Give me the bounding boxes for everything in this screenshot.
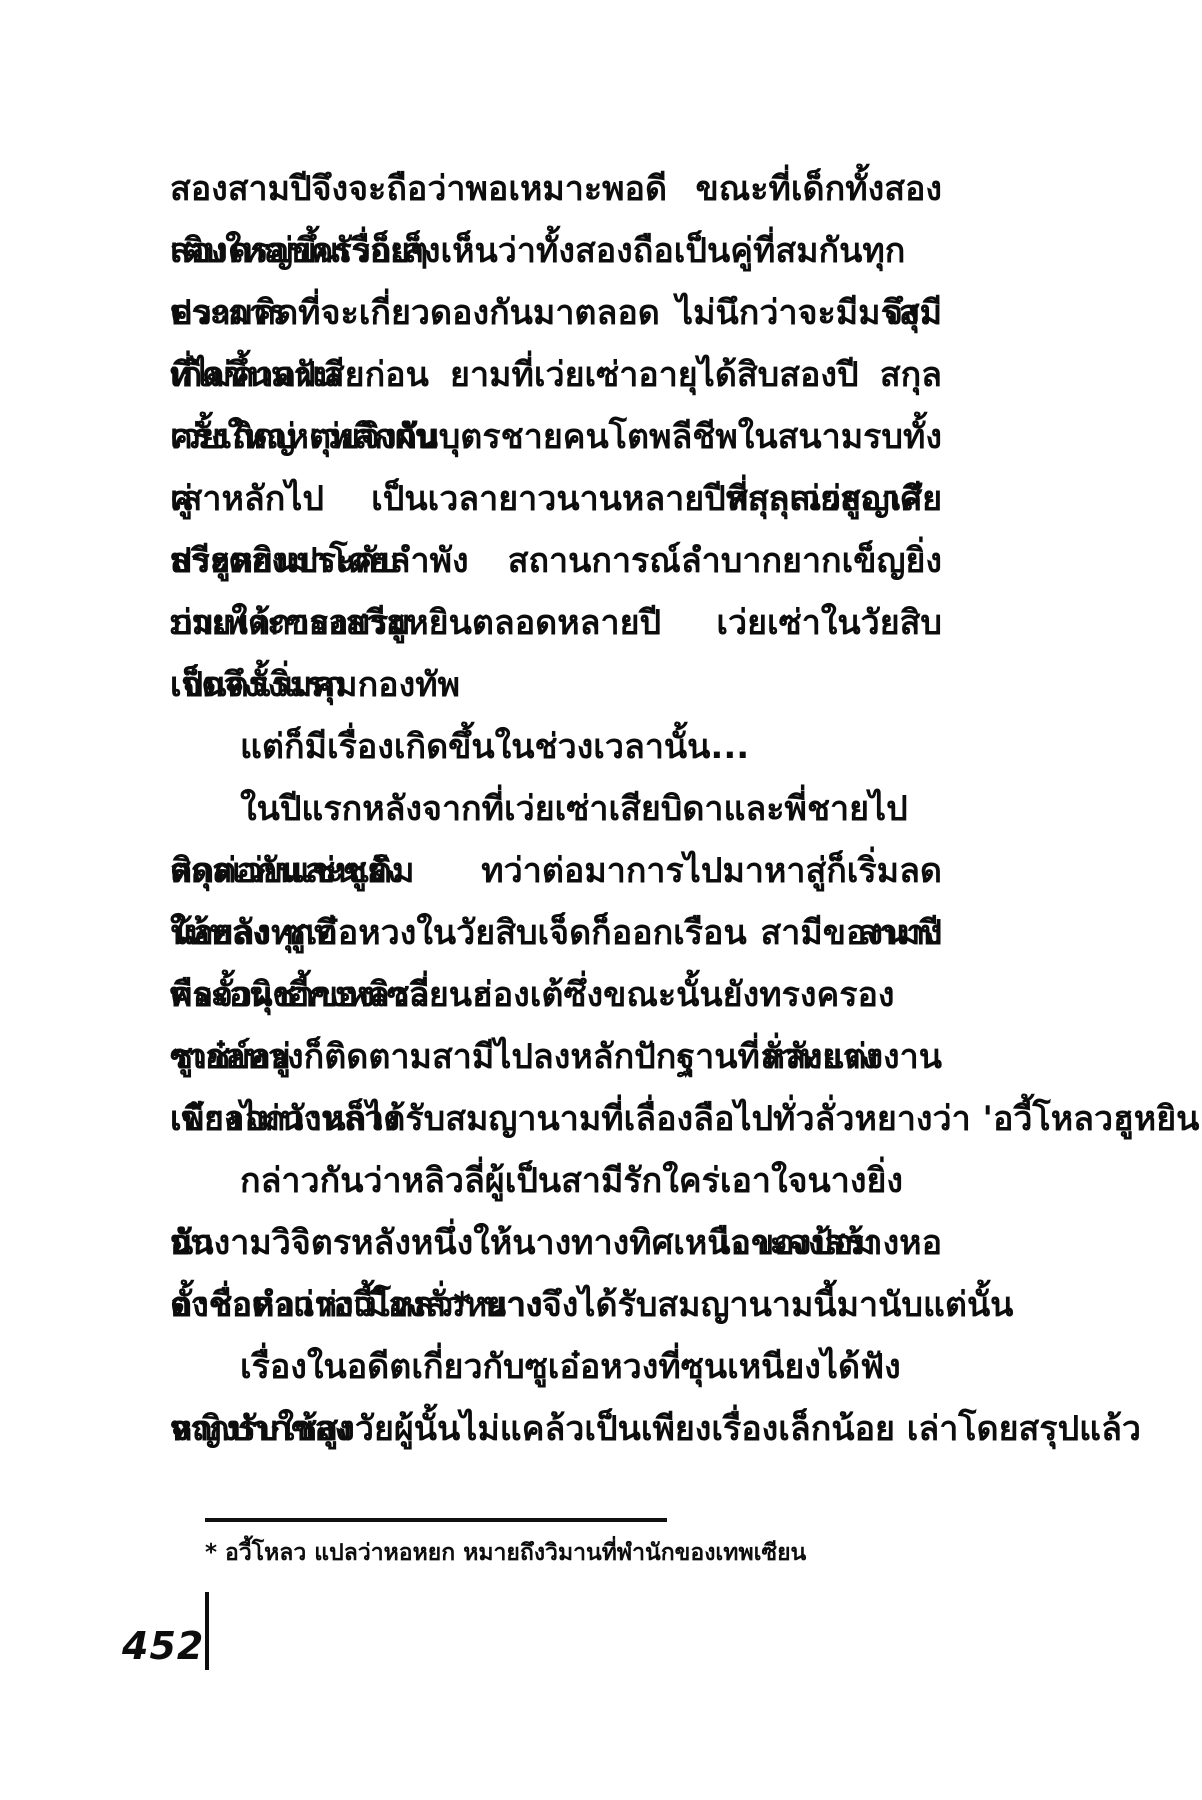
text-line: ให้หลัง ซูเอ๋อหวงในวัยสิบเจ็ดก็ออกเรือน … [170, 902, 942, 964]
text-line: ติดต่อกันเช่นเดิม ทว่าต่อมาการไปมาหาสู่ก… [170, 840, 942, 902]
text-line: ครั้งใหญ่ เว่ยจิงกับบุตรชายคนโตพลีชีพในส… [170, 406, 942, 468]
text-line: แต่ก็มีเรื่องเกิดขึ้นในช่วงเวลานั้น... [170, 716, 942, 778]
text-line: ความคิดที่จะเกี่ยวดองกันมาตลอด ไม่นึกว่า… [170, 282, 942, 344]
text-line: เสาหลักไป เป็นเวลายาวนานหลายปีที่สกุลเว่… [170, 468, 942, 530]
footnote: * อวี้โหลว แปลว่าหอหยก หมายถึงวิมานที่พำ… [205, 1536, 905, 1570]
text-line: หญิงรับใช้สูงวัยผู้นั้นไม่แคล้วเป็นเพียง… [170, 1398, 942, 1460]
text-line: ตั้งชื่อหอว่าอวี้โหลว* นางจึงได้รับสมญาน… [170, 1274, 942, 1336]
text-line: สองครอบครัวก็เล็งเห็นว่าทั้งสองถือเป็นคู… [170, 220, 942, 282]
text-line: พระอนุชาของเซวียนฮ่องเต้ซึ่งขณะนั้นยังทร… [170, 964, 942, 1026]
text-line: อันงามวิจิตรหลังหนึ่งให้นางทางทิศเหนือขอ… [170, 1212, 942, 1274]
footnote-divider [205, 1518, 667, 1522]
book-page: สองสามปีจึงจะถือว่าพอเหมาะพอดี ขณะที่เด็… [0, 0, 1202, 1800]
text-line: สองสามปีจึงจะถือว่าพอเหมาะพอดี ขณะที่เด็… [170, 158, 942, 220]
page-number: 452 [122, 1624, 204, 1668]
text-line: เรื่องในอดีตเกี่ยวกับซูเอ๋อหวงที่ซุนเหนี… [170, 1336, 942, 1398]
text-line: เกิดขึ้นมาเสียก่อน ยามที่เว่ยเซ่าอายุได้… [170, 344, 942, 406]
text-line: ประคองมาโดยลำพัง สถานการณ์ลำบากยากเข็ญยิ… [170, 530, 942, 592]
text-line: เพียงไม่นานก็ได้รับสมญานามที่เลื่องลือไป… [170, 1088, 942, 1150]
body-text: สองสามปีจึงจะถือว่าพอเหมาะพอดี ขณะที่เด็… [170, 158, 942, 1460]
text-line: เป็นครั้งแรก [170, 654, 942, 716]
text-line: ซูเอ๋อหวงก็ติดตามสามีไปลงหลักปักฐานที่ลั… [170, 1026, 942, 1088]
text-line: กล่าวกันว่าหลิวลี่ผู้เป็นสามีรักใคร่เอาใ… [170, 1150, 942, 1212]
text-line: บ่มเพาะของสวีฮูหยินตลอดหลายปี เว่ยเซ่าใน… [170, 592, 942, 654]
text-line: ในปีแรกหลังจากที่เว่ยเซ่าเสียบิดาและพี่ช… [170, 778, 942, 840]
page-number-bar [205, 1592, 209, 1670]
